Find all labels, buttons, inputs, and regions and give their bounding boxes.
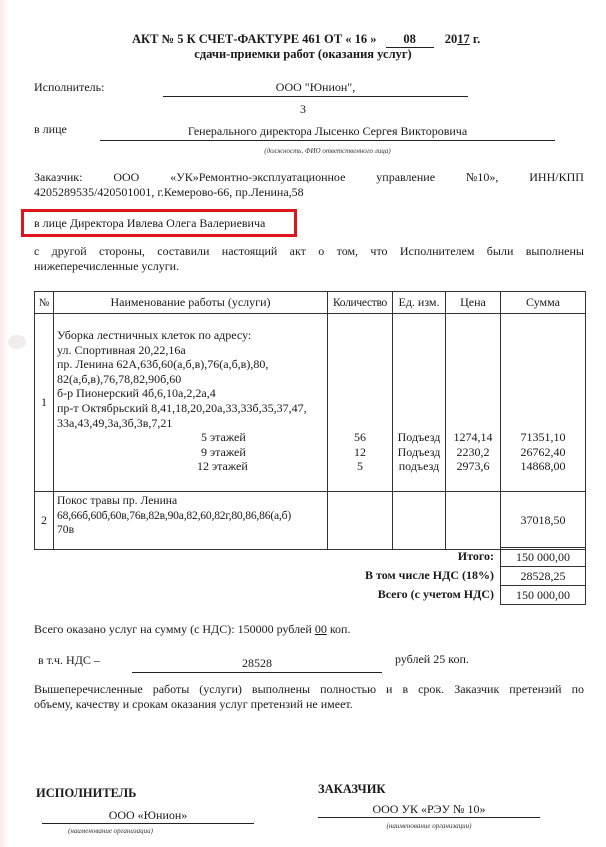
total-kop: 00 (315, 622, 327, 636)
executor-person-label: в лице (34, 122, 67, 137)
grand-total-label: Всего (с учетом НДС) (324, 587, 494, 602)
document-title: АКТ № 5 К СЧЕТ-ФАКТУРЕ 461 ОТ « 16 » 08 … (132, 32, 480, 48)
row-qty (328, 492, 393, 550)
intro-line1: с другой стороны, составили настоящий ак… (34, 244, 584, 259)
table-header-row: № Наименование работы (услуги) Количеств… (35, 292, 586, 314)
executor-signature-org: ООО «Юнион» (42, 808, 254, 824)
customer-signature-caption: (наименование организации) (318, 822, 540, 830)
unit-value: подъезд (393, 459, 445, 474)
total-sum-suffix: коп. (327, 622, 351, 636)
vat-line-label: в т.ч. НДС – (38, 653, 100, 668)
stray-mark: 3 (300, 102, 306, 117)
intro-word: что (370, 244, 387, 259)
description-line: Уборка лестничных клеток по адресу: (57, 328, 324, 343)
statement-word: в (402, 682, 408, 697)
executor-signature-title: ИСПОЛНИТЕЛЬ (36, 786, 136, 801)
punch-hole-mark (8, 335, 26, 349)
row-sum: 37018,50 (501, 492, 586, 550)
price-value: 2973,6 (446, 459, 500, 474)
executor-signature-caption: (наименование организации) (68, 827, 153, 835)
customer-signature-title: ЗАКАЗЧИК (318, 782, 386, 797)
customer-word: «УК»Ремонтно-эксплуатационное (170, 170, 345, 185)
customer-word: управление (376, 170, 435, 185)
statement-word: претензий (509, 682, 561, 697)
statement-word: и (386, 682, 392, 697)
col-header-price: Цена (446, 292, 501, 314)
price-value: 2230,2 (446, 445, 500, 460)
row-description: Покос травы пр. Ленина 68,66б,60б,60в,76… (54, 492, 328, 550)
vat-rub-value: 28528 (132, 656, 382, 673)
description-line: б-р Пионерский 4б,6,10а,2,2а,4 (57, 386, 324, 401)
executor-person-caption: (должность, ФИО ответственного лица) (100, 147, 555, 155)
row-unit (393, 492, 446, 550)
scan-edge-tint (0, 0, 8, 847)
customer-word: ООО (113, 170, 139, 185)
row-price (446, 492, 501, 550)
total-label: Итого: (324, 549, 494, 564)
col-header-sum: Сумма (501, 292, 586, 314)
vat-value: 28528,25 (500, 566, 586, 586)
row-price: 1274,14 2230,2 2973,6 (446, 314, 501, 492)
intro-word: с (34, 244, 39, 259)
description-line: 68,66б,60б,60в,76в,82в,90а,82,60,82г,80,… (57, 509, 324, 524)
title-month: 08 (386, 32, 434, 48)
title-prefix: АКТ № 5 К СЧЕТ-ФАКТУРЕ 461 ОТ « 16 » (132, 32, 377, 46)
year-unit: г. (473, 32, 480, 46)
description-line: 33а,43,49,3а,3б,3в,7,21 (57, 416, 324, 431)
statement-word: Вышеперечисленные (34, 682, 143, 697)
statement-line1: Вышеперечисленные работы (услуги) выполн… (34, 682, 584, 697)
grand-total-value: 150 000,00 (500, 585, 586, 605)
executor-person: Генерального директора Лысенко Сергея Ви… (100, 124, 555, 141)
intro-word: акт (290, 244, 306, 259)
col-header-qty: Количество (328, 292, 393, 314)
floors-label: 12 этажей (197, 459, 324, 474)
sum-value: 71351,10 (501, 430, 585, 445)
intro-word: настоящий (222, 244, 278, 259)
table-row: 2 Покос травы пр. Ленина 68,66б,60б,60в,… (35, 492, 586, 550)
intro-word: другой (52, 244, 87, 259)
customer-line1: Заказчик: ООО «УК»Ремонтно-эксплуатацион… (34, 170, 584, 185)
statement-word: по (572, 682, 584, 697)
description-line: ул. Спортивная 20,22,16а (57, 343, 324, 358)
col-header-unit: Ед. изм. (393, 292, 446, 314)
customer-signature-org: ООО УК «РЭУ № 10» (318, 802, 540, 818)
col-header-name: Наименование работы (услуги) (54, 292, 328, 314)
year-prefix: 20 (445, 32, 458, 46)
customer-person: в лице Директора Ивлева Олега Валериевич… (34, 216, 265, 231)
statement-word: срок. (418, 682, 444, 697)
description-line: пр. Ленина 62А,63б,60(а,б,в),76(а,б,в),8… (57, 357, 324, 372)
intro-word: Исполнителем (400, 244, 475, 259)
intro-word: о (318, 244, 324, 259)
document-subtitle: сдачи-приемки работ (оказания услуг) (0, 47, 606, 62)
col-header-num: № (35, 292, 54, 314)
intro-line2: нижеперечисленные услуги. (34, 259, 179, 274)
statement-word: работы (153, 682, 190, 697)
row-unit: Подъезд Подъезд подъезд (393, 314, 446, 492)
row-sum: 71351,10 26762,40 14868,00 (501, 314, 586, 492)
sum-value: 14868,00 (501, 459, 585, 474)
intro-word: были (487, 244, 514, 259)
customer-word: ИНН/КПП (529, 170, 584, 185)
customer-word: Заказчик: (34, 170, 82, 185)
description-line: 82(а,б,в),76,78,82,90б,60 (57, 372, 324, 387)
qty-value: 12 (328, 445, 392, 460)
unit-value: Подъезд (393, 445, 445, 460)
qty-value: 56 (328, 430, 392, 445)
intro-word: составили (157, 244, 209, 259)
executor-label: Исполнитель: (34, 80, 104, 95)
total-value: 150 000,00 (500, 547, 586, 567)
title-year: 2017 г. (445, 32, 481, 46)
statement-word: (услуги) (199, 682, 242, 697)
intro-word: том, (337, 244, 358, 259)
statement-word: выполнены (252, 682, 310, 697)
floors-label: 5 этажей (197, 430, 324, 445)
total-sum-text: Всего оказано услуг на сумму (с НДС): 15… (34, 622, 315, 636)
row-description: Уборка лестничных клеток по адресу: ул. … (54, 314, 328, 492)
vat-label: В том числе НДС (18%) (324, 568, 494, 583)
sum-value: 26762,40 (501, 445, 585, 460)
statement-line2: объему, качеству и срокам оказания услуг… (34, 697, 353, 712)
highlight-box: в лице Директора Ивлева Олега Валериевич… (21, 209, 297, 237)
unit-value: Подъезд (393, 430, 445, 445)
vat-line-suffix: рублей 25 коп. (395, 652, 469, 667)
description-line: пр-т Октябрьский 8,41,18,20,20а,33,33б,3… (57, 401, 324, 416)
description-line: Покос травы пр. Ленина (57, 494, 324, 509)
intro-word: стороны, (99, 244, 145, 259)
row-num: 2 (35, 492, 54, 550)
intro-word: выполнены (526, 244, 584, 259)
year-suffix: 17 (457, 32, 470, 46)
floors-label: 9 этажей (197, 445, 324, 460)
row-qty: 56 12 5 (328, 314, 393, 492)
description-line: 70в (57, 523, 324, 538)
executor-name: ООО "Юнион", (163, 80, 468, 97)
qty-value: 5 (328, 459, 392, 474)
table-row: 1 Уборка лестничных клеток по адресу: ул… (35, 314, 586, 492)
statement-word: Заказчик (454, 682, 499, 697)
row-num: 1 (35, 314, 54, 492)
statement-word: полностью (320, 682, 376, 697)
customer-line2: 4205289535/420501001, г.Кемерово-66, пр.… (34, 185, 304, 200)
services-table: № Наименование работы (услуги) Количеств… (34, 291, 586, 550)
total-sum-line: Всего оказано услуг на сумму (с НДС): 15… (34, 622, 350, 637)
price-value: 1274,14 (446, 430, 500, 445)
customer-word: №10», (466, 170, 498, 185)
